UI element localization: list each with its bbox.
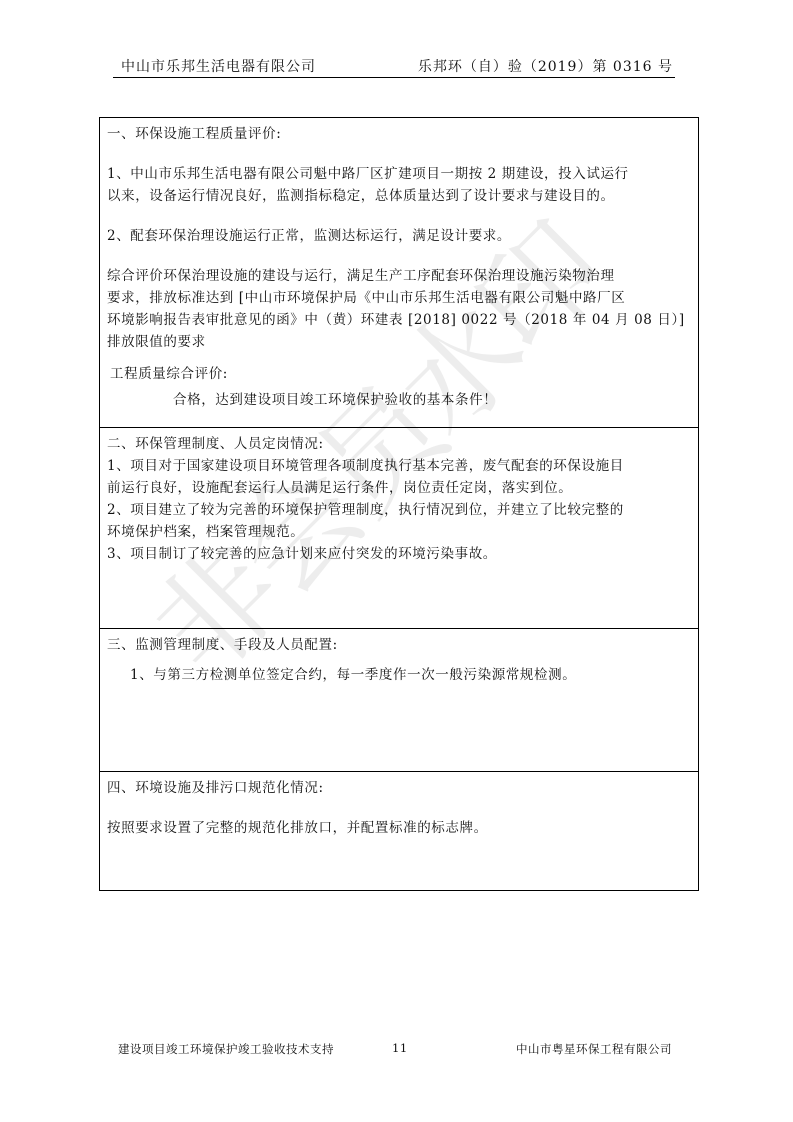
- paragraph-line: 环境影响报告表审批意见的函》中（黄）环建表 [2018] 0022 号（2018…: [107, 308, 685, 328]
- footer-left: 建设项目竣工环境保护竣工验收技术支持: [118, 1041, 334, 1057]
- footer-page-number: 11: [392, 1041, 408, 1055]
- section-title: 一、环保设施工程质量评价:: [107, 122, 281, 142]
- header-doc-number: 乐邦环（自）验（2019）第 0316 号: [418, 56, 673, 76]
- section-title: 二、环保管理制度、人员定岗情况:: [107, 432, 324, 452]
- section-title: 三、监测管理制度、手段及人员配置:: [107, 633, 338, 653]
- evaluation-table: 一、环保设施工程质量评价: 1、中山市乐邦生活电器有限公司魁中路厂区扩建项目一期…: [99, 117, 699, 891]
- paragraph-line: 1、中山市乐邦生活电器有限公司魁中路厂区扩建项目一期按 2 期建设，投入试运行: [107, 162, 629, 182]
- paragraph-line: 按照要求设置了完整的规范化排放口，并配置标准的标志牌。: [107, 816, 488, 836]
- paragraph-line: 2、项目建立了较为完善的环境保护管理制度，执行情况到位，并建立了比较完整的: [107, 498, 624, 518]
- section-quality-evaluation: 一、环保设施工程质量评价: 1、中山市乐邦生活电器有限公司魁中路厂区扩建项目一期…: [100, 118, 698, 428]
- paragraph-line: 要求，排放标准达到 [中山市环境保护局《中山市乐邦生活电器有限公司魁中路厂区: [107, 286, 625, 306]
- paragraph-line: 以来，设备运行情况良好，监测指标稳定，总体质量达到了设计要求与建设目的。: [107, 184, 615, 204]
- paragraph-line: 排放限值的要求: [107, 330, 206, 350]
- section-outlet-standardization: 四、环境设施及排污口规范化情况: 按照要求设置了完整的规范化排放口，并配置标准的…: [100, 772, 698, 890]
- paragraph-line: 综合评价环保治理设施的建设与运行，满足生产工序配套环保治理设施污染物治理: [107, 264, 615, 284]
- paragraph-line: 3、项目制订了较完善的应急计划来应付突发的环境污染事故。: [107, 542, 497, 562]
- paragraph-line: 2、配套环保治理设施运行正常，监测达标运行，满足设计要求。: [107, 224, 511, 244]
- section-title: 四、环境设施及排污口规范化情况:: [107, 776, 324, 796]
- footer-right: 中山市粤星环保工程有限公司: [516, 1041, 672, 1057]
- paragraph-line: 1、项目对于国家建设项目环境管理各项制度执行基本完善，废气配套的环保设施目: [107, 454, 624, 474]
- header-rule: [113, 77, 675, 78]
- page-header: 中山市乐邦生活电器有限公司 乐邦环（自）验（2019）第 0316 号: [113, 56, 673, 78]
- paragraph-line: 1、与第三方检测单位签定合约，每一季度作一次一般污染源常规检测。: [130, 663, 576, 683]
- header-company: 中山市乐邦生活电器有限公司: [121, 56, 316, 76]
- paragraph-line: 前运行良好，设施配套运行人员满足运行条件，岗位责任定岗，落实到位。: [107, 476, 572, 496]
- summary-label: 工程质量综合评价:: [110, 362, 228, 382]
- summary-value: 合格，达到建设项目竣工环境保护验收的基本条件！: [173, 388, 497, 408]
- section-monitoring: 三、监测管理制度、手段及人员配置: 1、与第三方检测单位签定合约，每一季度作一次…: [100, 629, 698, 772]
- section-management-system: 二、环保管理制度、人员定岗情况: 1、项目对于国家建设项目环境管理各项制度执行基…: [100, 428, 698, 629]
- paragraph-line: 环境保护档案，档案管理规范。: [107, 520, 304, 540]
